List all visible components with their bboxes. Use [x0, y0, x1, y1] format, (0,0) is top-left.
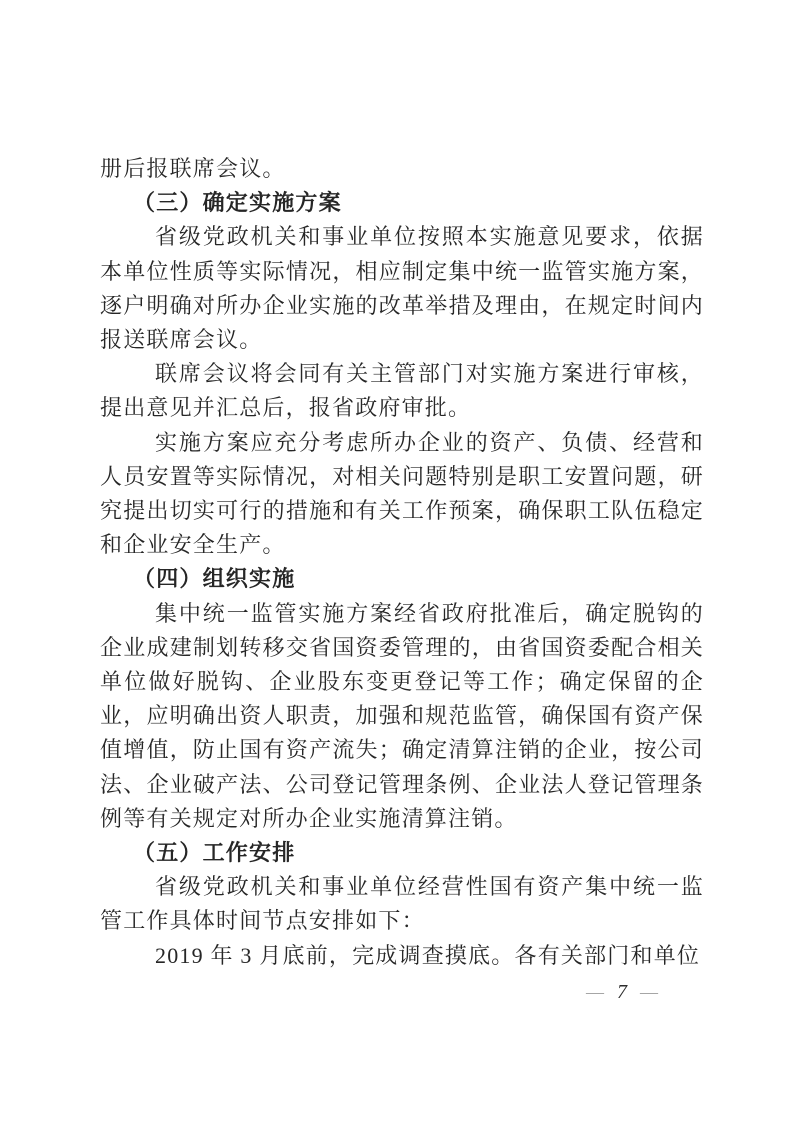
body-paragraph: 联席会议将会同有关主管部门对实施方案进行审核，提出意见并汇总后，报省政府审批。 — [100, 357, 704, 425]
body-paragraph: 实施方案应充分考虑所办企业的资产、负债、经营和人员安置等实际情况，对相关问题特别… — [100, 426, 704, 563]
document-body: 册后报联席会议。 （三）确定实施方案 省级党政机关和事业单位按照本实施意见要求，… — [100, 152, 704, 973]
page-number-dash-left: — — [586, 980, 604, 1004]
paragraph-continuation: 册后报联席会议。 — [100, 152, 704, 186]
page-number-dash-right: — — [640, 980, 658, 1004]
section-heading-3: （三）确定实施方案 — [100, 186, 704, 220]
body-paragraph: 集中统一监管实施方案经省政府批准后，确定脱钩的企业成建制划转移交省国资委管理的，… — [100, 597, 704, 836]
document-page: 册后报联席会议。 （三）确定实施方案 省级党政机关和事业单位按照本实施意见要求，… — [0, 0, 793, 1122]
page-number: 7 — [617, 980, 627, 1004]
page-number-footer: — 7 — — [586, 980, 658, 1004]
body-paragraph: 2019 年 3 月底前，完成调查摸底。各有关部门和单位 — [100, 939, 704, 973]
body-paragraph: 省级党政机关和事业单位按照本实施意见要求，依据本单位性质等实际情况，相应制定集中… — [100, 220, 704, 357]
section-heading-5: （五）工作安排 — [100, 836, 704, 870]
section-heading-4: （四）组织实施 — [100, 562, 704, 596]
body-paragraph: 省级党政机关和事业单位经营性国有资产集中统一监管工作具体时间节点安排如下： — [100, 870, 704, 938]
